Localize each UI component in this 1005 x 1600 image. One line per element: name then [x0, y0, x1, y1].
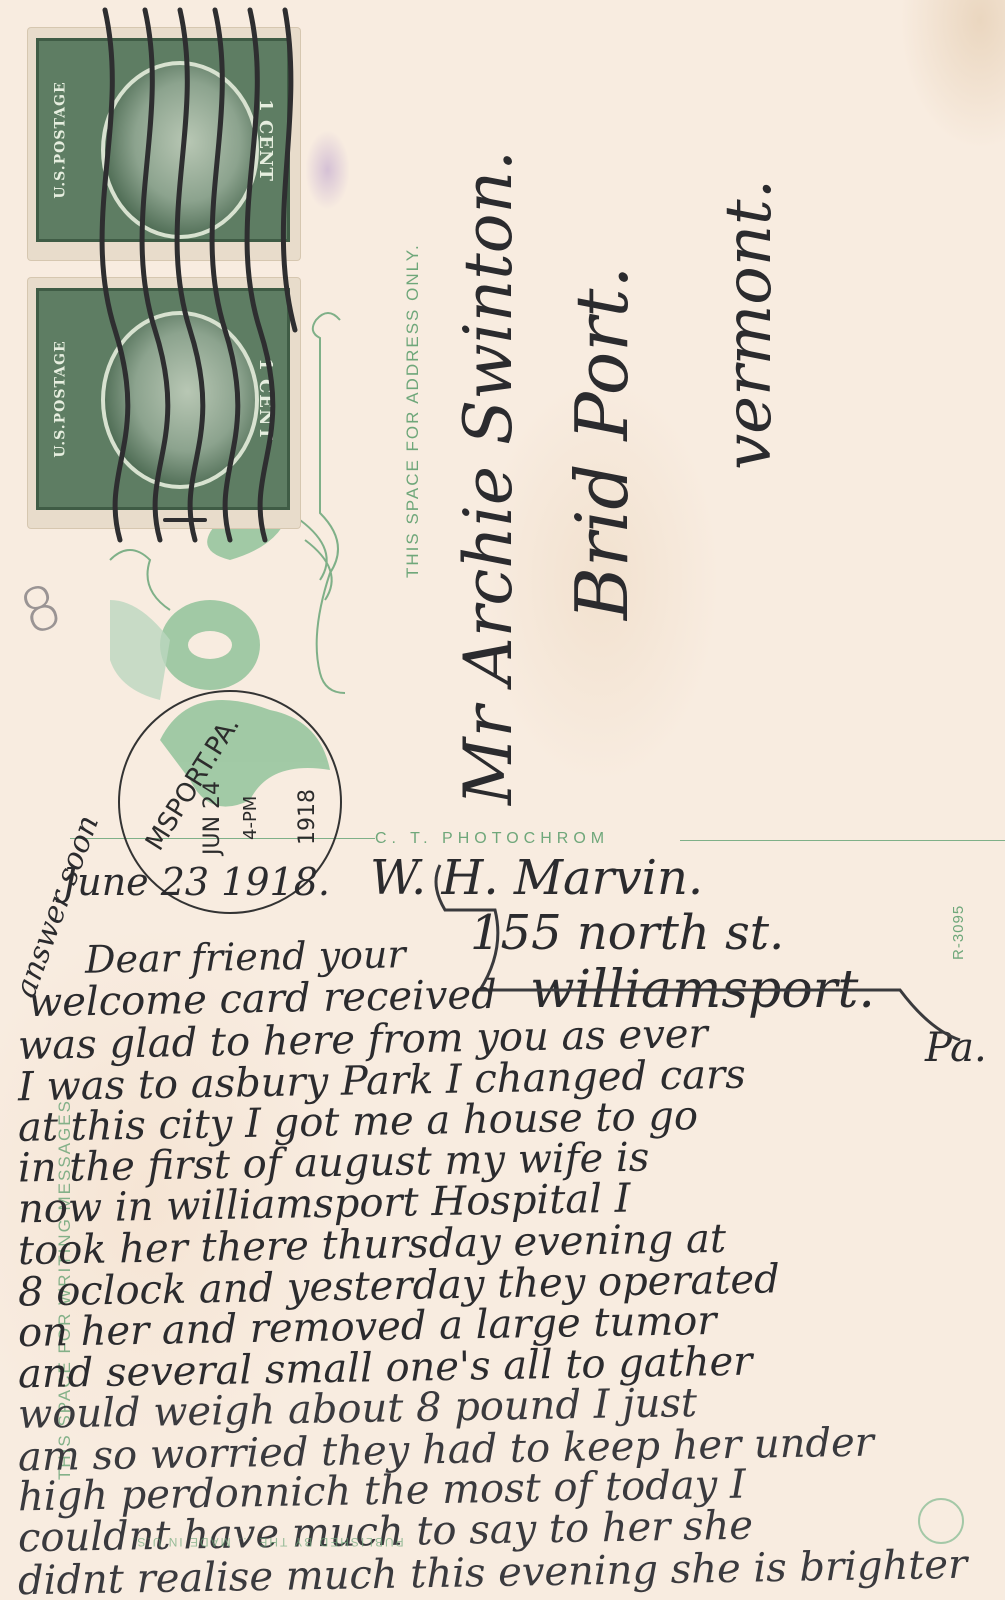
message-date: June 23 1918. — [62, 860, 330, 904]
recipient-city: Brid Port. — [560, 266, 644, 620]
postmark-year: 1918 — [295, 789, 320, 845]
portrait-icon — [101, 61, 259, 239]
recipient-state: vermont. — [712, 179, 786, 470]
stamp-label: U.S.POSTAGE — [53, 81, 69, 198]
address-space-label: THIS SPACE FOR ADDRESS ONLY. — [403, 243, 423, 578]
pencil-mark: 8 — [11, 571, 71, 650]
publisher-seal-icon — [918, 1498, 964, 1544]
portrait-icon — [101, 311, 259, 489]
postmark-time: 4-PM — [240, 796, 261, 840]
publisher-line: C. T. PHOTOCHROM — [375, 830, 609, 848]
recipient-name: Mr Archie Swinton. — [450, 150, 527, 805]
stamp-label: U.S.POSTAGE — [53, 340, 69, 457]
bottom-imprint: PUBLISHED BY THE ... MADE IN U.S. — [130, 1535, 404, 1549]
postcard-back: U.S.POSTAGE 1 CENT U.S.POSTAGE 1 CENT 8 … — [0, 0, 1005, 1600]
stamp-denomination: 1 CENT — [255, 99, 276, 182]
faint-purple-mark — [305, 130, 350, 210]
stamp-denomination: 1 CENT — [255, 358, 276, 441]
postmark-date: JUN 24 — [200, 781, 225, 855]
postage-stamp-bottom: U.S.POSTAGE 1 CENT — [28, 278, 300, 528]
divider-line — [680, 840, 1005, 841]
postage-stamp-top: U.S.POSTAGE 1 CENT — [28, 28, 300, 260]
